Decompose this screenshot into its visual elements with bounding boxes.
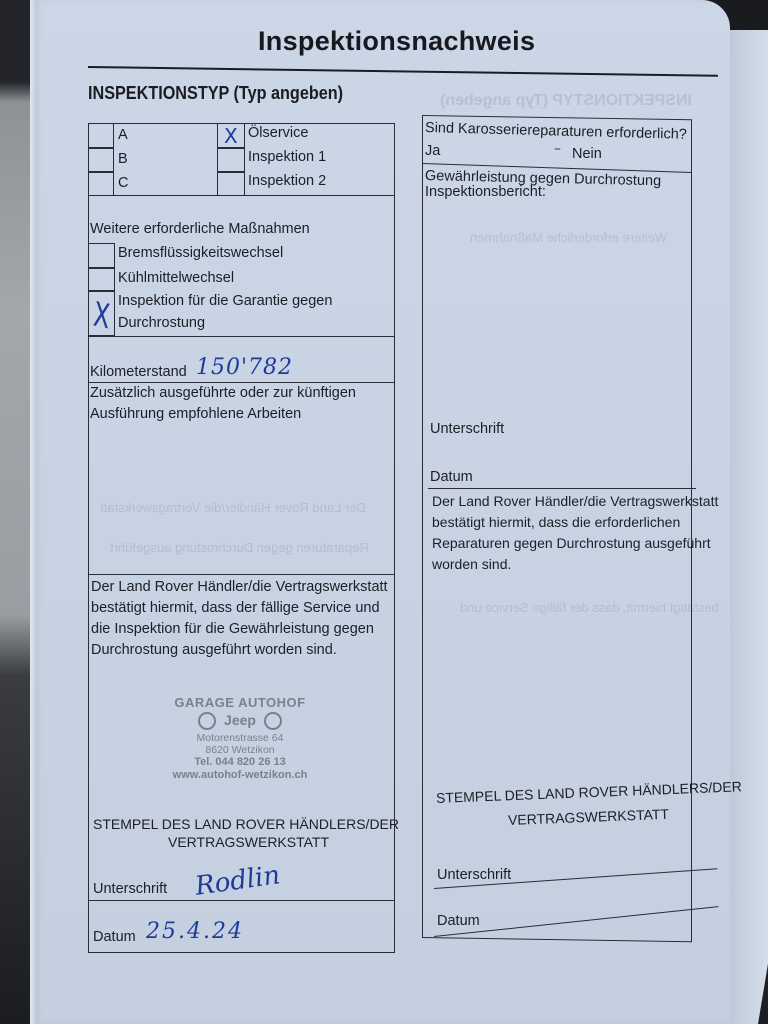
stamp-brand-name: Jeep <box>224 712 256 728</box>
corrosion-report-field[interactable] <box>428 206 688 406</box>
page-binding-edge <box>30 0 36 1024</box>
grid-line <box>88 382 395 383</box>
right-date2-label: Datum <box>437 913 480 929</box>
inspection-2-label: Inspektion 2 <box>248 173 326 189</box>
confirmation-line: die Inspektion für die Gewährleistung ge… <box>91 619 388 640</box>
right-signature-label: Unterschrift <box>430 421 504 437</box>
odometer-value[interactable]: 150'782 <box>196 355 293 380</box>
checkbox-inspection-2[interactable] <box>217 172 245 196</box>
stamp-label-line2: VERTRAGSWERKSTATT <box>168 834 329 850</box>
grid-line <box>428 488 696 489</box>
type-a-label: A <box>118 127 128 143</box>
service-confirmation-text: Der Land Rover Händler/die Vertragswerks… <box>91 577 388 661</box>
confirmation-line: Reparaturen gegen Durchrostung ausgeführ… <box>432 533 718 554</box>
bleed-through-text: INSPEKTIONSTYP (Typ angeben) <box>440 92 692 110</box>
corrosion-heading-line2: Inspektionsbericht: <box>425 184 546 200</box>
dealer-stamp: GARAGE AUTOHOF Jeep Motorenstrasse 64 86… <box>150 695 330 782</box>
corrosion-warranty-label-line1: Inspektion für die Garantie gegen <box>118 293 332 309</box>
signature-label: Unterschrift <box>93 881 167 897</box>
additional-work-label-line2: Ausführung empfohlene Arbeiten <box>90 406 301 422</box>
page-title: Inspektionsnachweis <box>258 26 535 57</box>
no-option[interactable]: Nein <box>572 146 602 162</box>
checkbox-type-a[interactable] <box>88 123 114 148</box>
strike-mark: – <box>554 141 561 157</box>
confirmation-line: Der Land Rover Händler/die Vertragswerks… <box>432 491 718 512</box>
additional-work-label-line1: Zusätzlich ausgeführte oder zur künftige… <box>90 385 356 401</box>
checkbox-coolant[interactable] <box>88 268 115 291</box>
further-measures-heading: Weitere erforderliche Maßnahmen <box>90 221 310 237</box>
brake-fluid-label: Bremsflüssigkeitswechsel <box>118 245 283 261</box>
corrosion-warranty-label-line2: Durchrostung <box>118 315 205 331</box>
stamp-garage-name: GARAGE AUTOHOF <box>150 695 330 710</box>
right-date-label: Datum <box>430 469 473 485</box>
confirmation-line: Der Land Rover Händler/die Vertragswerks… <box>91 577 388 598</box>
checkmark-oil-service: X <box>224 124 238 148</box>
additional-work-field[interactable] <box>92 428 390 570</box>
right-signature2-label: Unterschrift <box>437 867 511 883</box>
inspection-1-label: Inspektion 1 <box>248 149 326 165</box>
confirmation-line: worden sind. <box>432 554 718 575</box>
repair-confirmation-text: Der Land Rover Händler/die Vertragswerks… <box>432 491 718 575</box>
confirmation-line: bestätigt hiermit, dass die erforderlich… <box>432 512 718 533</box>
odometer-label: Kilometerstand <box>90 364 187 380</box>
stamp-phone: Tel. 044 820 26 13 <box>150 756 330 769</box>
background-surface <box>0 0 34 1024</box>
checkbox-type-c[interactable] <box>88 172 114 196</box>
grid-line <box>88 336 395 337</box>
type-c-label: C <box>118 175 128 191</box>
stamp-label-line1: STEMPEL DES LAND ROVER HÄNDLERS/DER <box>93 816 399 832</box>
stamp-brand: Jeep <box>150 712 330 730</box>
stamp-website: www.autohof-wetzikon.ch <box>150 769 330 782</box>
checkbox-type-b[interactable] <box>88 148 114 172</box>
stamp-street: Motorenstrasse 64 <box>150 732 330 744</box>
section-heading: INSPEKTIONSTYP (Typ angeben) <box>88 83 343 104</box>
date-label: Datum <box>93 929 136 945</box>
checkbox-inspection-1[interactable] <box>217 148 245 172</box>
coolant-label: Kühlmittelwechsel <box>118 270 234 286</box>
confirmation-line: bestätigt hiermit, dass der fällige Serv… <box>91 598 388 619</box>
grid-line <box>88 574 395 575</box>
stamp-city: 8620 Wetzikon <box>150 744 330 756</box>
stamp-circle-icon <box>198 712 216 730</box>
checkbox-brake-fluid[interactable] <box>88 243 115 268</box>
confirmation-line: Durchrostung ausgeführt worden sind. <box>91 640 388 661</box>
grid-line <box>88 195 395 196</box>
oil-service-label: Ölservice <box>248 125 308 141</box>
stamp-circle-icon <box>264 712 282 730</box>
yes-option[interactable]: Ja <box>425 143 440 159</box>
type-b-label: B <box>118 151 128 167</box>
date-value[interactable]: 25.4.24 <box>146 919 244 944</box>
grid-line <box>88 900 395 901</box>
